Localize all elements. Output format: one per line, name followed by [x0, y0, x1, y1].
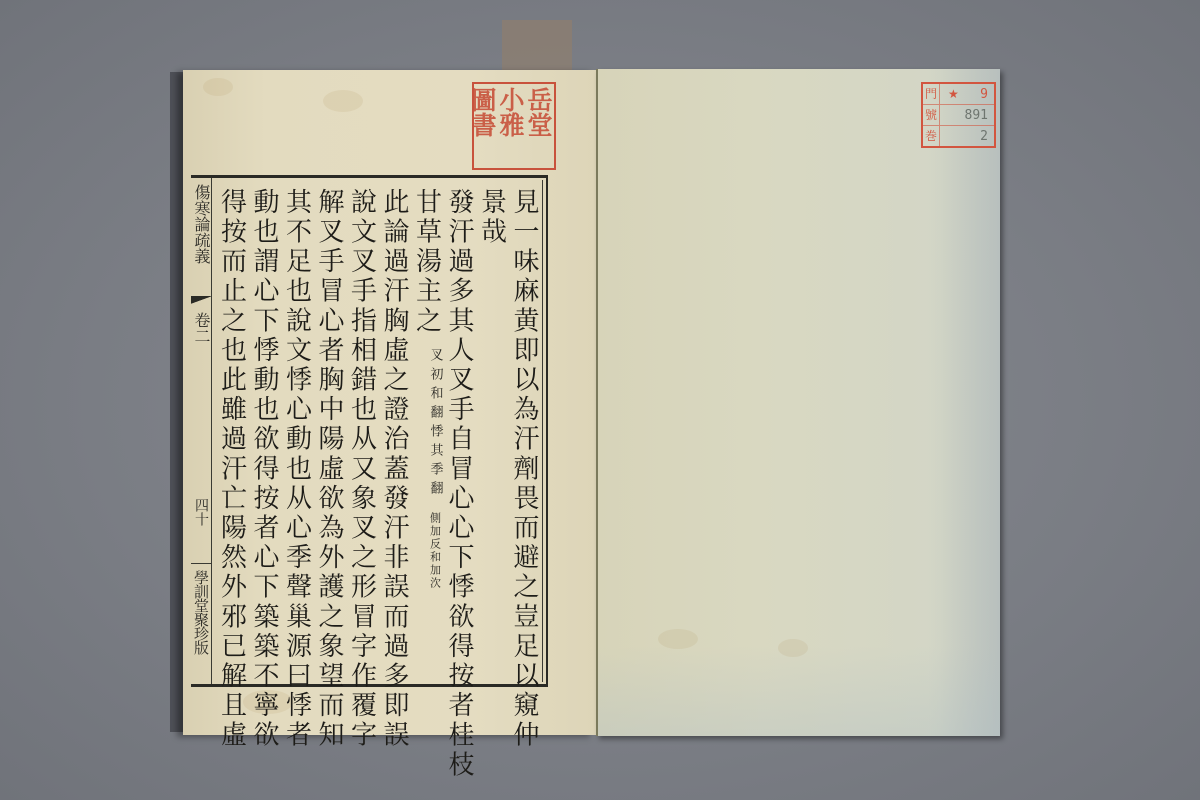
fold-divider	[191, 563, 211, 564]
press-name: 學訓堂聚珍版	[192, 570, 210, 654]
foxing-stain	[203, 78, 233, 96]
library-call-number-stamp: 門 ★ 9 號 891 巻 2	[921, 82, 996, 148]
stamp-value: 2	[980, 129, 988, 144]
archive-tab	[502, 20, 572, 72]
text-column-with-note: 甘草湯主之 悸其季翻 叉初和翻 和加㳄 側加反	[410, 182, 443, 680]
text-column: 得按而止之也此雖過汗亡陽然外邪已解且虛	[215, 182, 248, 680]
volume-label: 卷二	[192, 312, 210, 344]
fishtail-mark	[191, 296, 211, 304]
right-page-endpaper: 門 ★ 9 號 891 巻 2	[596, 69, 1000, 736]
center-fold-column: 傷寒論疏義 卷二 四十 學訓堂聚珍版	[191, 178, 212, 684]
note-line: 叉初和翻	[428, 348, 443, 424]
stamp-value: 9	[980, 87, 988, 102]
text-column: 解叉手冒心者胸中陽虛欲為外護之象望而知	[313, 182, 346, 680]
seal-text: 圖書	[469, 87, 495, 165]
foxing-stain	[658, 629, 698, 649]
page-shading	[928, 69, 1000, 736]
interlinear-note: 悸其季翻 叉初和翻	[428, 348, 443, 500]
stamp-label: 門	[923, 84, 940, 104]
foxing-stain	[778, 639, 808, 657]
text-column: 其不足也說文悸心動也从心季聲巢源曰悸者	[280, 182, 313, 680]
book-title: 傷寒論疏義	[192, 184, 210, 264]
stamp-row-volume: 巻 2	[923, 126, 994, 146]
seal-text: 小雅	[497, 87, 523, 165]
collector-seal: 岳堂 小雅 圖書	[472, 82, 556, 170]
text-column: 景哉	[475, 182, 508, 680]
left-page: 岳堂 小雅 圖書 傷寒論疏義 卷二 四十 學訓堂聚珍版 見一味麻黄即以為汗劑畏而…	[183, 70, 596, 735]
text-column: 說文叉手指相錯也从又象叉之形冒字作覆字	[345, 182, 378, 680]
printed-frame: 傷寒論疏義 卷二 四十 學訓堂聚珍版 見一味麻黄即以為汗劑畏而避之豈足以窺仲 景…	[191, 175, 548, 687]
folio-number: 四十	[192, 498, 210, 526]
text-column: 發汗過多其人叉手自冒心心下悸欲得按者桂枝	[443, 182, 476, 680]
text-column: 動也謂心下悸動也欲得按者心下築築不寧欲	[248, 182, 281, 680]
text-column: 此論過汗胸虛之證治蓋發汗非誤而過多即誤	[378, 182, 411, 680]
stamp-row-category: 門 ★ 9	[923, 84, 994, 105]
note-line: 側加反	[428, 512, 443, 551]
main-text: 見一味麻黄即以為汗劑畏而避之豈足以窺仲 景哉 發汗過多其人叉手自冒心心下悸欲得按…	[215, 182, 540, 680]
text-column-main: 甘草湯主之	[412, 188, 442, 336]
page-shading	[598, 646, 1000, 736]
interlinear-note: 和加㳄 側加反	[428, 512, 443, 590]
seal-text: 岳堂	[525, 87, 551, 165]
stamp-label: 巻	[923, 126, 940, 146]
star-icon: ★	[948, 87, 959, 101]
stamp-row-number: 號 891	[923, 105, 994, 126]
stamp-value: 891	[965, 108, 988, 123]
stamp-label: 號	[923, 105, 940, 125]
foxing-stain	[323, 90, 363, 112]
note-line: 悸其季翻	[428, 424, 443, 500]
note-line: 和加㳄	[428, 551, 443, 590]
text-column: 見一味麻黄即以為汗劑畏而避之豈足以窺仲	[508, 182, 541, 680]
